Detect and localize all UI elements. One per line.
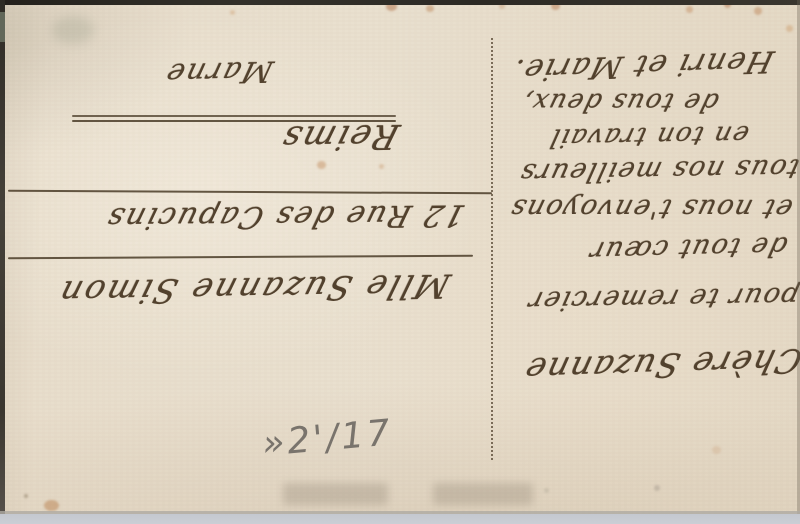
address-rule-line-2: [8, 190, 492, 195]
foxing-spot: [654, 485, 660, 491]
message-signature: Henri et Marie.: [508, 44, 778, 88]
message-line-1: Chère Suzanne: [520, 341, 800, 390]
address-street: 12 Rue des Capucins: [101, 197, 469, 235]
message-line-5: tous nos meilleurs: [516, 153, 800, 189]
photo-of-postcard: Chère Suzanne pour te remercier de tout …: [0, 0, 800, 524]
foxing-spot: [712, 446, 721, 454]
message-line-3: de tout cœur: [586, 230, 791, 266]
foxing-spot: [426, 5, 434, 12]
address-rule-line-1: [8, 255, 473, 259]
eraser-smudge-right: [433, 483, 533, 505]
foxing-spot: [544, 488, 549, 493]
foxing-spot: [230, 10, 235, 15]
foxing-spot: [686, 6, 693, 13]
message-line-7: de tous deux,: [518, 87, 722, 117]
foxing-spot: [24, 494, 28, 498]
message-line-2: pour te remercier: [524, 281, 800, 317]
eraser-smudge-left: [283, 483, 388, 505]
foxing-spot: [317, 161, 326, 169]
photo-edge-left: [0, 0, 5, 514]
grey-backdrop: [0, 514, 800, 524]
address-city: Reims: [276, 116, 404, 158]
address-name: Mlle Suzanne Simon: [52, 267, 454, 313]
postcard-divider-line: [491, 38, 493, 460]
address-department: Marne: [161, 55, 277, 92]
message-line-4: et nous t'envoyons: [506, 193, 796, 224]
foxing-spot: [754, 7, 762, 15]
photo-edge-top: [0, 0, 800, 5]
message-line-6: en ton travail: [546, 119, 752, 152]
foxing-spot: [379, 164, 384, 169]
foxing-spot: [786, 25, 793, 32]
handwriting-layer: Chère Suzanne pour te remercier de tout …: [0, 4, 800, 513]
grey-age-patch: [52, 16, 94, 44]
postcard-paper: Chère Suzanne pour te remercier de tout …: [0, 0, 800, 514]
photo-edge-glint: [0, 12, 5, 42]
foxing-spot: [44, 500, 59, 511]
